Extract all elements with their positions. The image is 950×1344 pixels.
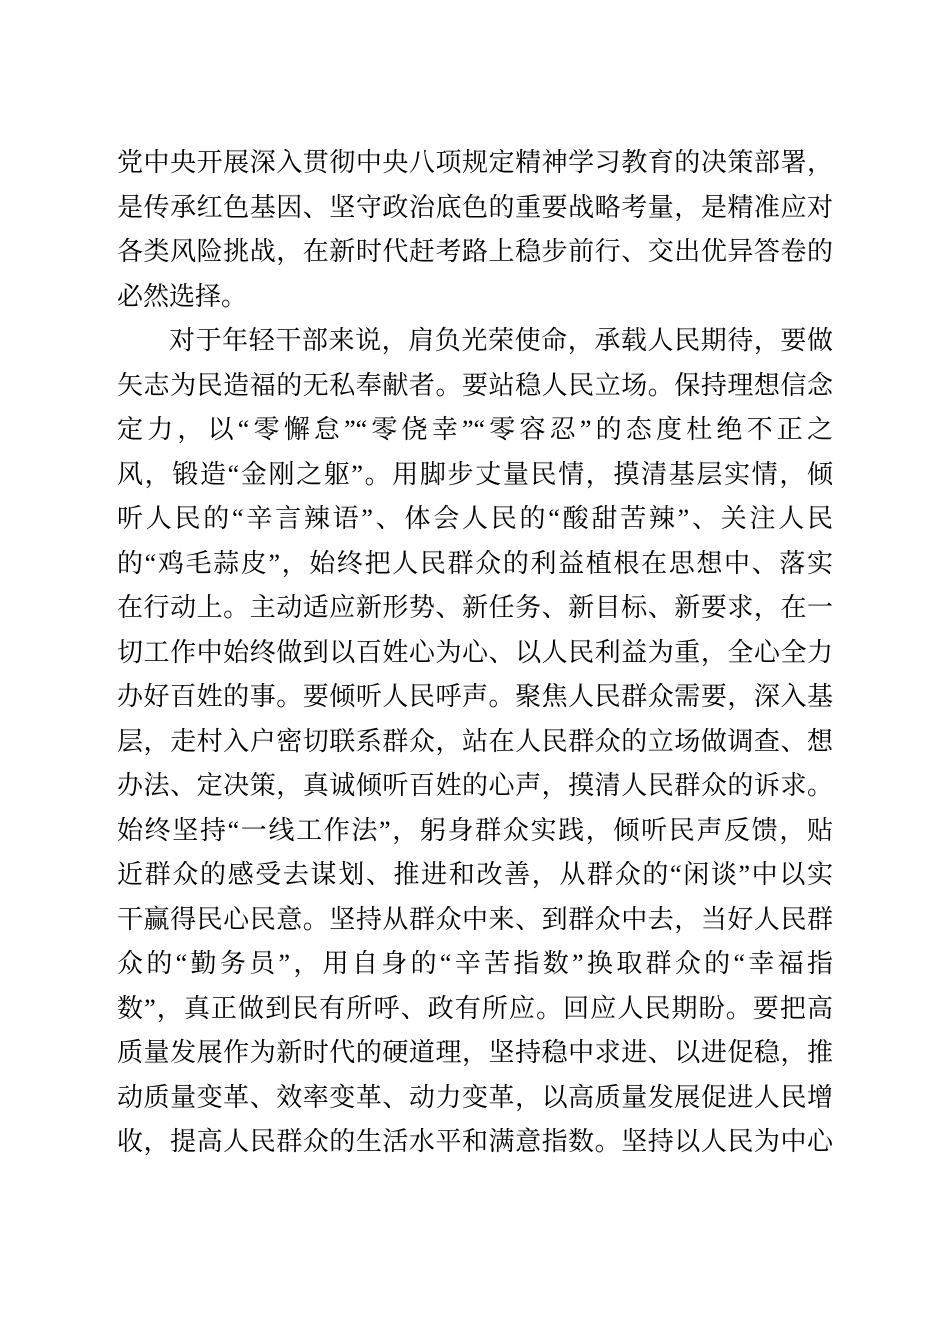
text-line: 各类风险挑战，在新时代赶考路上稳步前行、交出优异答卷的	[117, 230, 833, 275]
text-line: 切工作中始终做到以百姓心为心、以人民利益为重，全心全力	[117, 631, 833, 676]
text-line: 是传承红色基因、坚守政治底色的重要战略考量，是精准应对	[117, 186, 833, 231]
text-line: 风，锻造“金刚之躯”。用脚步丈量民情，摸清基层实情，倾	[117, 453, 833, 498]
document-page: 党中央开展深入贯彻中央八项规定精神学习教育的决策部署，是传承红色基因、坚守政治底…	[0, 0, 950, 1344]
text-line: 近群众的感受去谋划、推进和改善，从群众的“闲谈”中以实	[117, 853, 833, 898]
text-line: 办好百姓的事。要倾听人民呼声。聚焦人民群众需要，深入基	[117, 675, 833, 720]
text-line: 收，提高人民群众的生活水平和满意指数。坚持以人民为中心	[117, 1120, 833, 1165]
text-line: 定力，以“零懈怠”“零侥幸”“零容忍”的态度杜绝不正之	[117, 408, 833, 453]
paragraph: 党中央开展深入贯彻中央八项规定精神学习教育的决策部署，是传承红色基因、坚守政治底…	[117, 141, 833, 319]
text-line: 必然选择。	[117, 275, 833, 320]
text-line: 矢志为民造福的无私奉献者。要站稳人民立场。保持理想信念	[117, 364, 833, 409]
text-line: 党中央开展深入贯彻中央八项规定精神学习教育的决策部署，	[117, 141, 833, 186]
text-line: 听人民的“辛言辣语”、体会人民的“酸甜苦辣”、关注人民	[117, 497, 833, 542]
document-body: 党中央开展深入贯彻中央八项规定精神学习教育的决策部署，是传承红色基因、坚守政治底…	[117, 0, 833, 1165]
text-line: 办法、定决策，真诚倾听百姓的心声，摸清人民群众的诉求。	[117, 764, 833, 809]
paragraph: 对于年轻干部来说，肩负光荣使命，承载人民期待，要做矢志为民造福的无私奉献者。要站…	[117, 319, 833, 1165]
text-line: 数”，真正做到民有所呼、政有所应。回应人民期盼。要把高	[117, 987, 833, 1032]
text-line: 动质量变革、效率变革、动力变革，以高质量发展促进人民增	[117, 1076, 833, 1121]
text-line: 在行动上。主动适应新形势、新任务、新目标、新要求，在一	[117, 586, 833, 631]
text-line: 层，走村入户密切联系群众，站在人民群众的立场做调查、想	[117, 720, 833, 765]
text-line: 的“鸡毛蒜皮”，始终把人民群众的利益植根在思想中、落实	[117, 542, 833, 587]
text-line: 众的“勤务员”，用自身的“辛苦指数”换取群众的“幸福指	[117, 942, 833, 987]
text-line: 干赢得民心民意。坚持从群众中来、到群众中去，当好人民群	[117, 898, 833, 943]
text-line: 质量发展作为新时代的硬道理，坚持稳中求进、以进促稳，推	[117, 1031, 833, 1076]
text-line: 对于年轻干部来说，肩负光荣使命，承载人民期待，要做	[117, 319, 833, 364]
text-line: 始终坚持“一线工作法”，躬身群众实践，倾听民声反馈，贴	[117, 809, 833, 854]
